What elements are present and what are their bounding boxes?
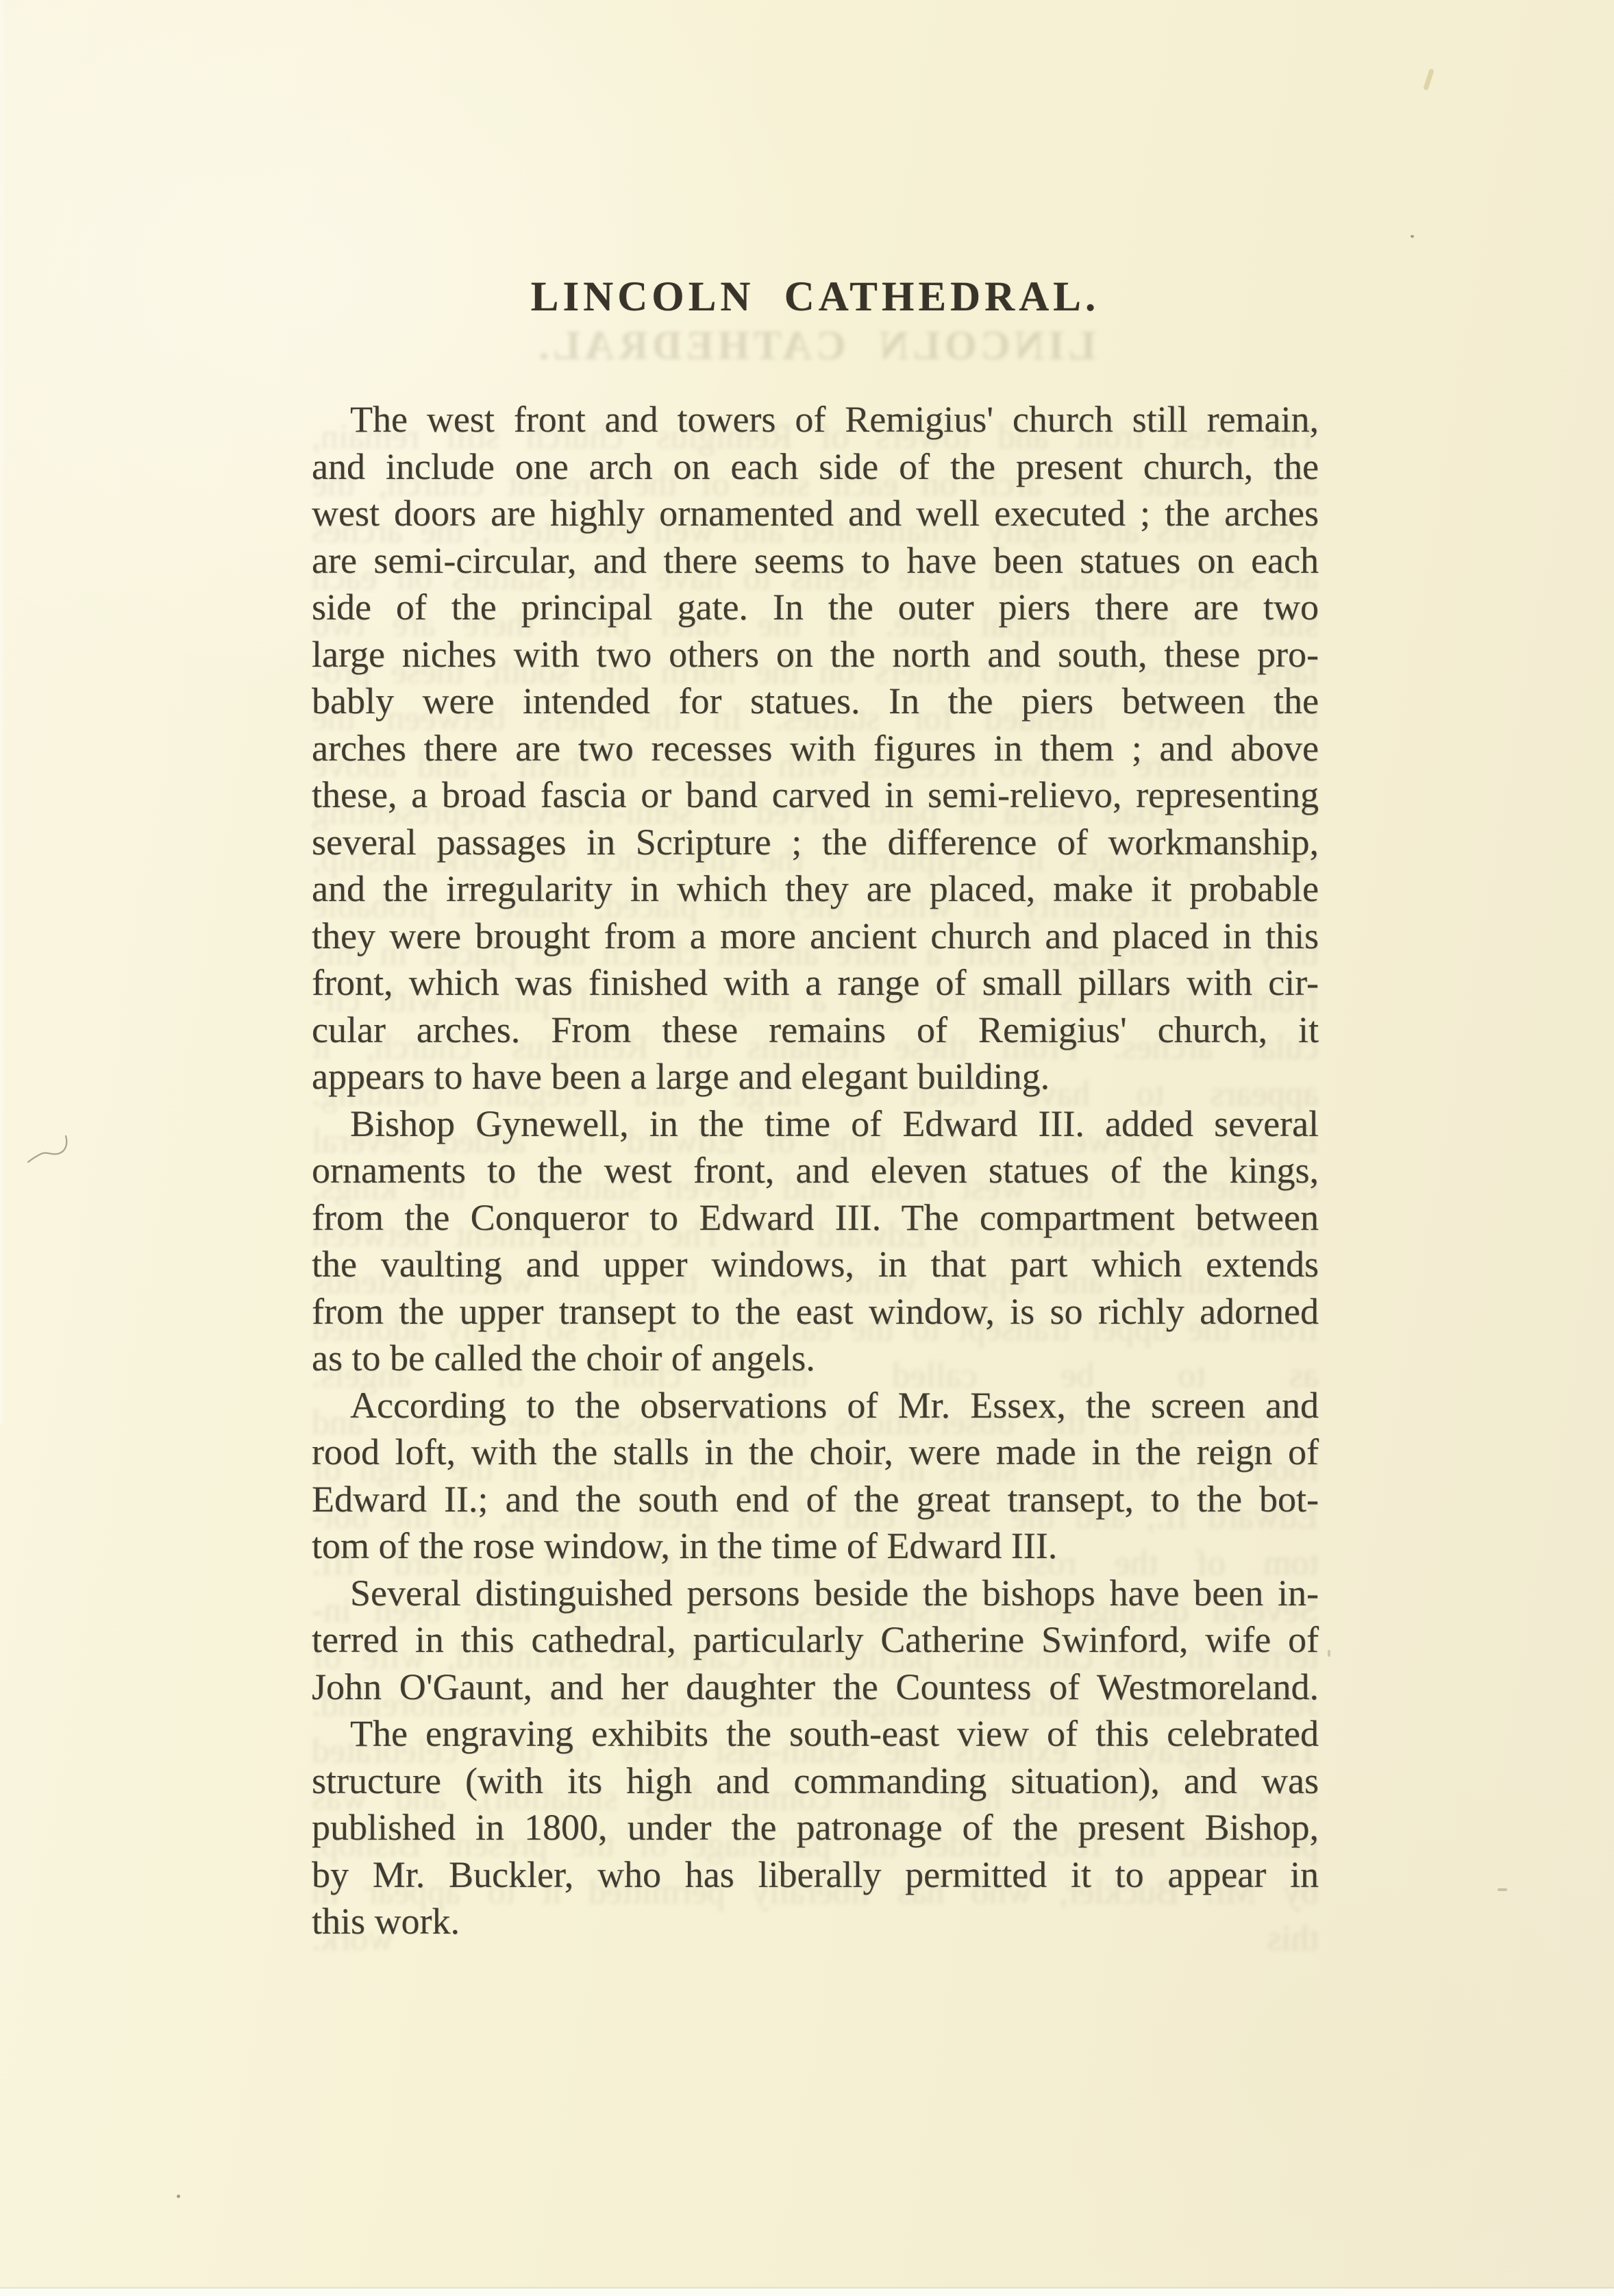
dust-speck	[177, 2195, 180, 2198]
text-line: appears to have been a large and elegant…	[312, 1053, 1319, 1100]
text-line: The engraving exhibits the south-east vi…	[312, 1710, 1319, 1757]
dust-speck	[1498, 1888, 1507, 1891]
text-line: According to the observations of Mr. Ess…	[312, 1382, 1319, 1429]
text-line: Several distinguished persons beside the…	[312, 1570, 1319, 1617]
page-edge-highlight	[0, 0, 6, 1424]
text-line: large niches with two others on the nort…	[312, 631, 1319, 678]
text-line: ornaments to the west front, and eleven …	[312, 1147, 1319, 1194]
dust-speck	[1328, 1650, 1330, 1657]
text-line: from the Conqueror to Edward III. The co…	[312, 1194, 1319, 1242]
text-line: front, which was finished with a range o…	[312, 959, 1319, 1007]
text-line: are semi-circular, and there seems to ha…	[312, 537, 1319, 584]
text-line: this work.	[312, 1898, 1319, 1945]
text-line: several passages in Scripture ; the diff…	[312, 819, 1319, 866]
book-page-scan: LINCOLN CATHEDRAL. LINCOLN CATHEDRAL.The…	[0, 0, 1614, 2296]
text-line: tom of the rose window, in the time of E…	[312, 1522, 1319, 1570]
text-line: from the upper transept to the east wind…	[312, 1288, 1319, 1335]
text-line: Edward II.; and the south end of the gre…	[312, 1476, 1319, 1523]
text-line: The west front and towers of Remigius' c…	[312, 396, 1319, 443]
text-line: side of the principal gate. In the outer…	[312, 584, 1319, 631]
text-line: rood loft, with the stalls in the choir,…	[312, 1429, 1319, 1476]
dust-speck	[1411, 235, 1414, 238]
text-block: The west front and towers of Remigius' c…	[312, 396, 1319, 1945]
hair-fiber-mark	[26, 1132, 71, 1170]
text-line: cular arches. From these remains of Remi…	[312, 1007, 1319, 1054]
text-line: arches there are two recesses with figur…	[312, 725, 1319, 772]
text-line: the vaulting and upper windows, in that …	[312, 1241, 1319, 1288]
text-line: as to be called the choir of angels.	[312, 1335, 1319, 1382]
text-line: structure (with its high and commanding …	[312, 1757, 1319, 1805]
ghost-title-text: LINCOLN CATHEDRAL.	[312, 322, 1319, 369]
text-line: they were brought from a more ancient ch…	[312, 913, 1319, 960]
text-line: west doors are highly ornamented and wel…	[312, 490, 1319, 537]
text-line: these, a broad fascia or band carved in …	[312, 771, 1319, 819]
text-line: by Mr. Buckler, who has liberally permit…	[312, 1851, 1319, 1899]
paper-blemish-slash	[1423, 69, 1435, 91]
text-line: and the irregularity in which they are p…	[312, 865, 1319, 913]
page-title: LINCOLN CATHEDRAL.	[312, 275, 1319, 319]
scanner-edge-strip	[0, 2288, 1614, 2296]
text-line: and include one arch on each side of the…	[312, 443, 1319, 491]
text-line: John O'Gaunt, and her daughter the Count…	[312, 1664, 1319, 1711]
text-line: terred in this cathedral, particularly C…	[312, 1616, 1319, 1664]
text-line: published in 1800, under the patronage o…	[312, 1804, 1319, 1851]
text-line: bably were intended for statues. In the …	[312, 678, 1319, 725]
text-line: Bishop Gynewell, in the time of Edward I…	[312, 1100, 1319, 1148]
